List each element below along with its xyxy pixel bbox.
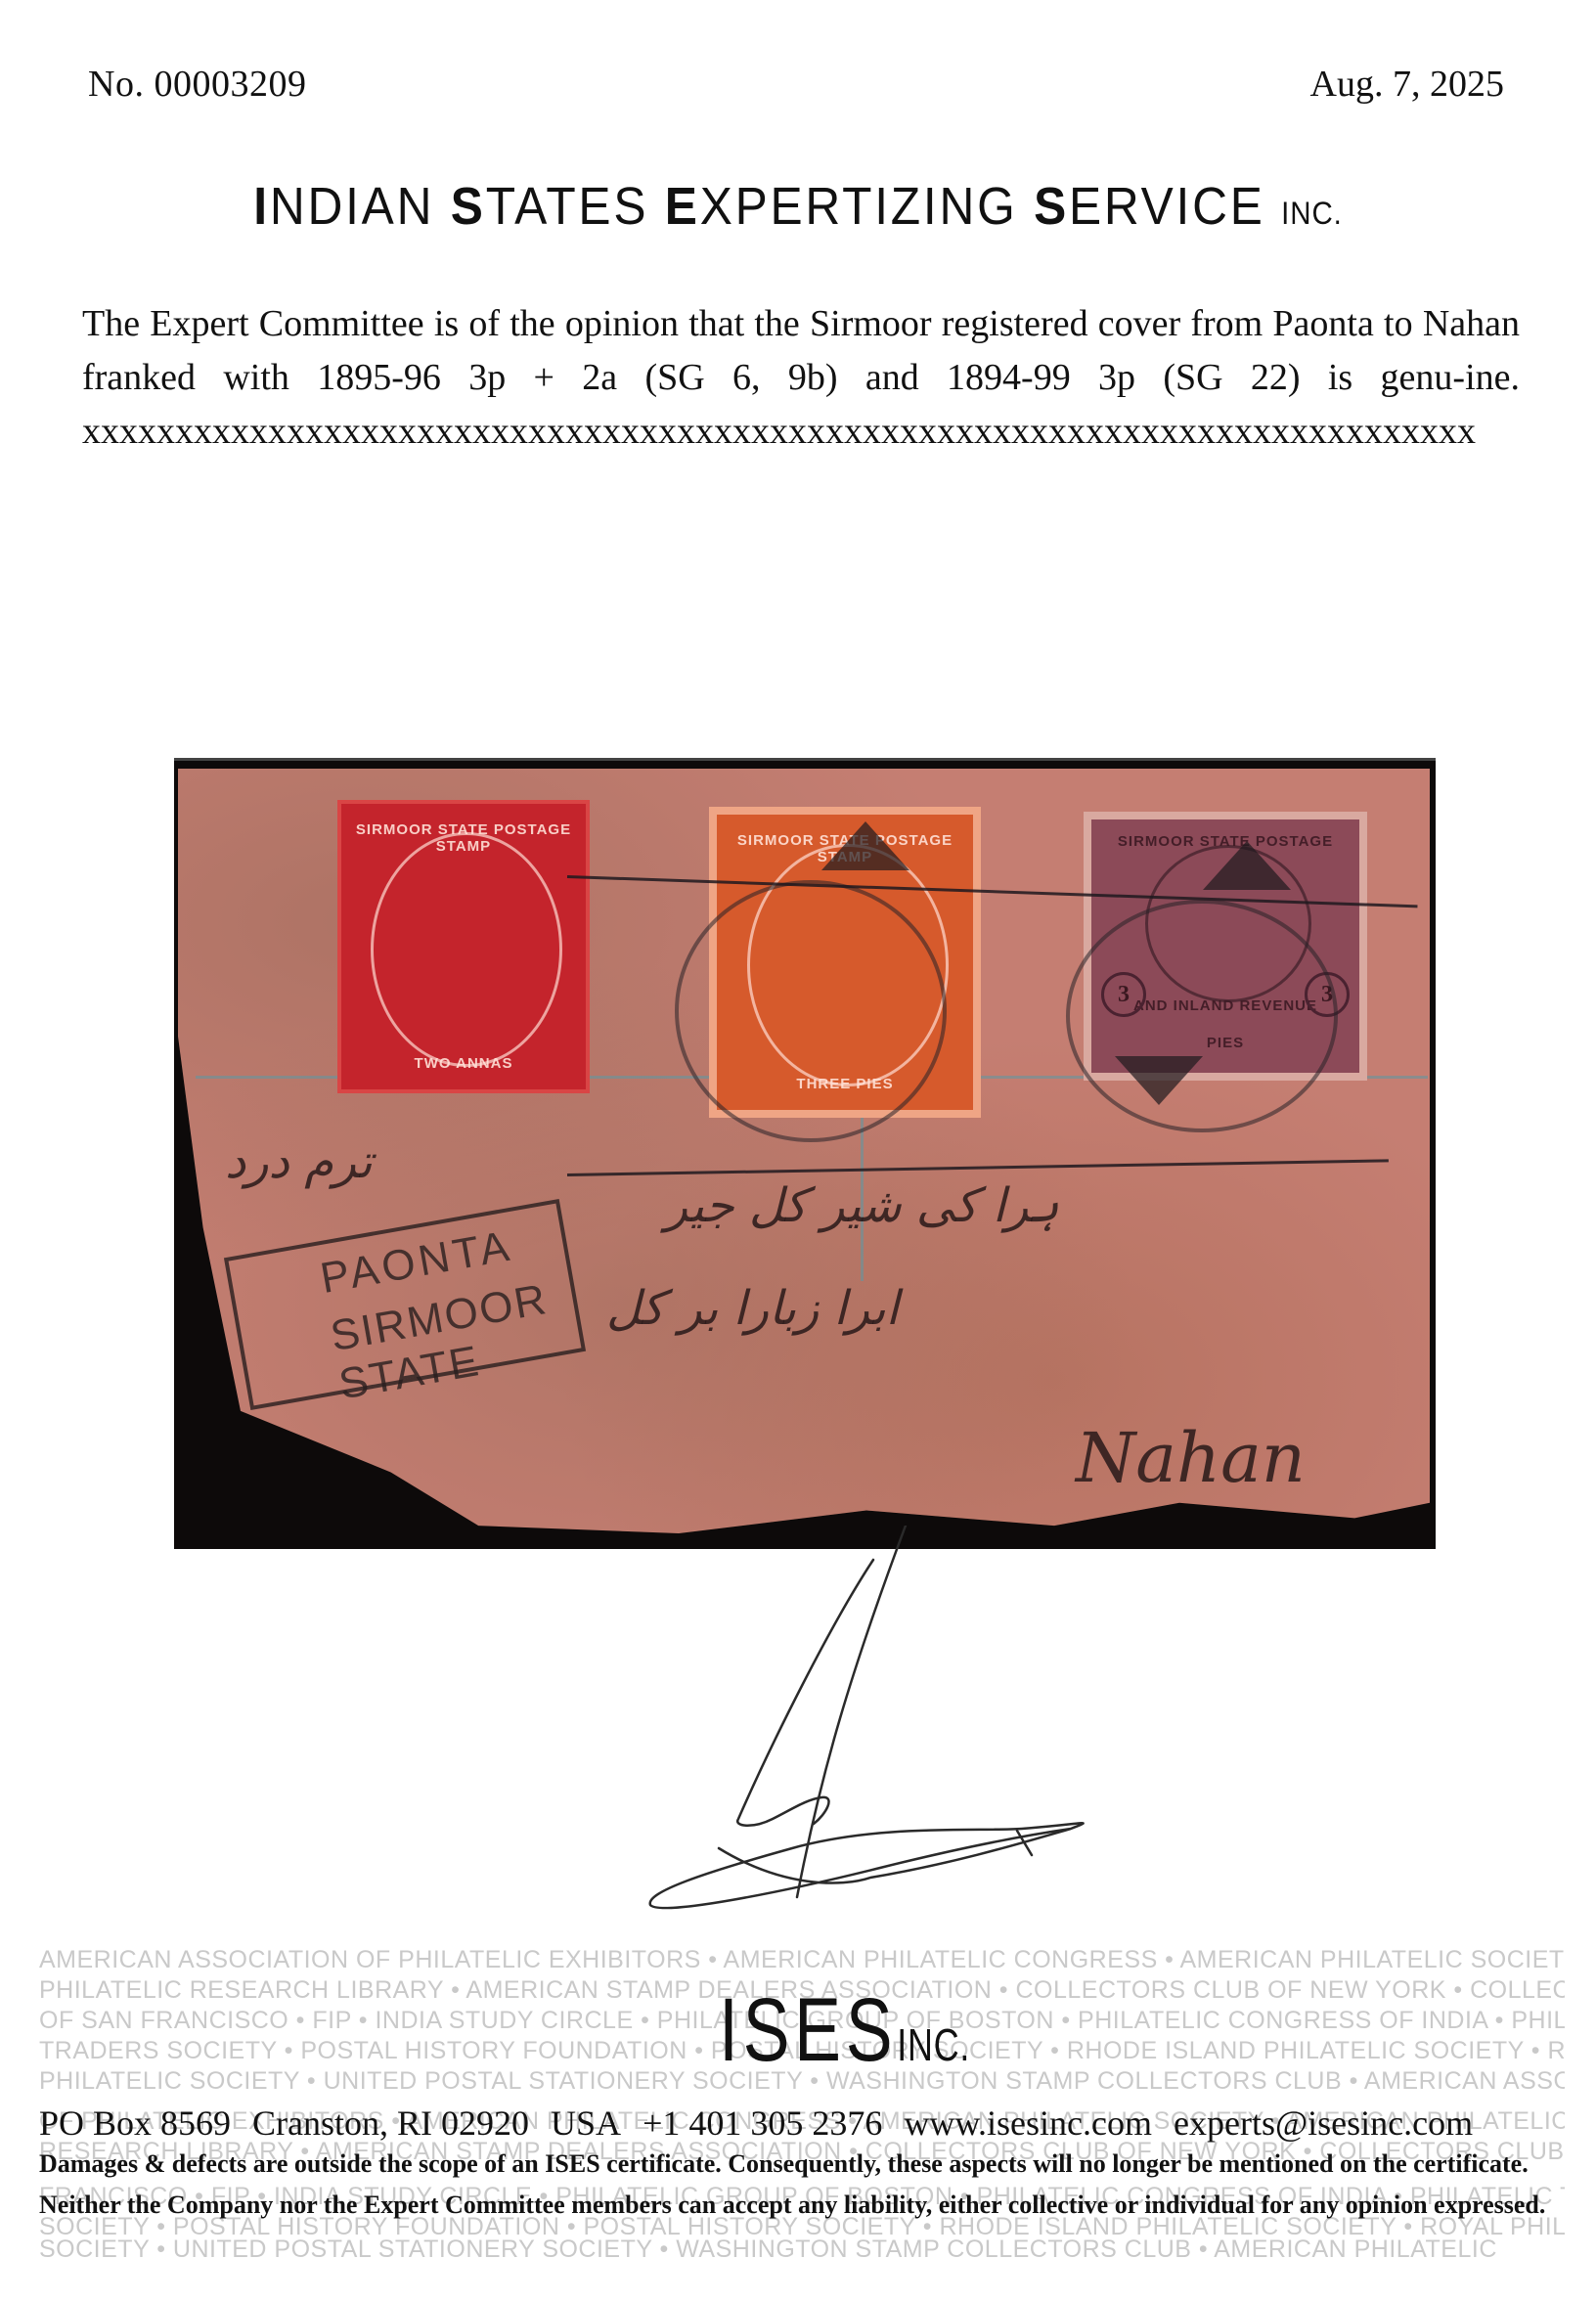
ises-logo: ISESINC. [719, 1985, 970, 2075]
stamp-two-annas: SIRMOOR STATE POSTAGE STAMP TWO ANNAS [337, 800, 590, 1093]
title-word: STATES [451, 177, 665, 236]
stamp-value: TWO ANNAS [341, 1055, 586, 1072]
city: Cranston, RI 02920 [252, 2103, 529, 2143]
title-inc: INC. [1281, 196, 1343, 231]
expert-opinion-text: The Expert Committee is of the opinion t… [82, 297, 1520, 459]
manuscript-urdu: ابرا زبارا بر کل [606, 1281, 899, 1336]
email-link[interactable]: experts@isesinc.com [1174, 2103, 1473, 2143]
po-box: PO Box 8569 [39, 2103, 231, 2143]
title-word: SERVICE [1034, 177, 1281, 236]
cancel-killer-mark [821, 821, 909, 870]
country: USA [551, 2103, 621, 2143]
certificate-number: No. 00003209 [88, 63, 306, 106]
stamp-legend: SIRMOOR STATE POSTAGE STAMP [341, 821, 586, 855]
disclaimer-liability: Neither the Company nor the Expert Commi… [39, 2191, 1596, 2220]
cancel-killer-mark [1115, 1056, 1203, 1105]
contact-line: PO Box 8569Cranston, RI 02920USA+1 401 3… [39, 2103, 1596, 2144]
website-link[interactable]: www.isesinc.com [904, 2103, 1152, 2143]
society-watermark-line: AMERICAN ASSOCIATION OF PHILATELIC EXHIB… [39, 1946, 1565, 1974]
stamp-oval [371, 832, 562, 1067]
organization-title: INDIAN STATES EXPERTIZING SERVICE INC. [64, 176, 1531, 237]
manuscript-nahan: Nahan [1076, 1418, 1306, 1498]
signature [587, 1526, 1428, 1936]
title-word: INDIAN [253, 177, 451, 236]
manuscript-urdu: ہرا کی شیر کل جیر [665, 1178, 1059, 1233]
postmark-circle [675, 880, 947, 1142]
title-word: EXPERTIZING [665, 177, 1034, 236]
manuscript-urdu: ترم درد [225, 1134, 373, 1189]
society-watermark-line: SOCIETY • UNITED POSTAL STATIONERY SOCIE… [39, 2236, 1565, 2264]
cancel-killer-mark [1203, 841, 1291, 890]
phone: +1 401 305 2376 [643, 2103, 882, 2143]
disclaimer-damages: Damages & defects are outside the scope … [39, 2149, 1596, 2179]
certificate-date: Aug. 7, 2025 [1310, 63, 1504, 106]
